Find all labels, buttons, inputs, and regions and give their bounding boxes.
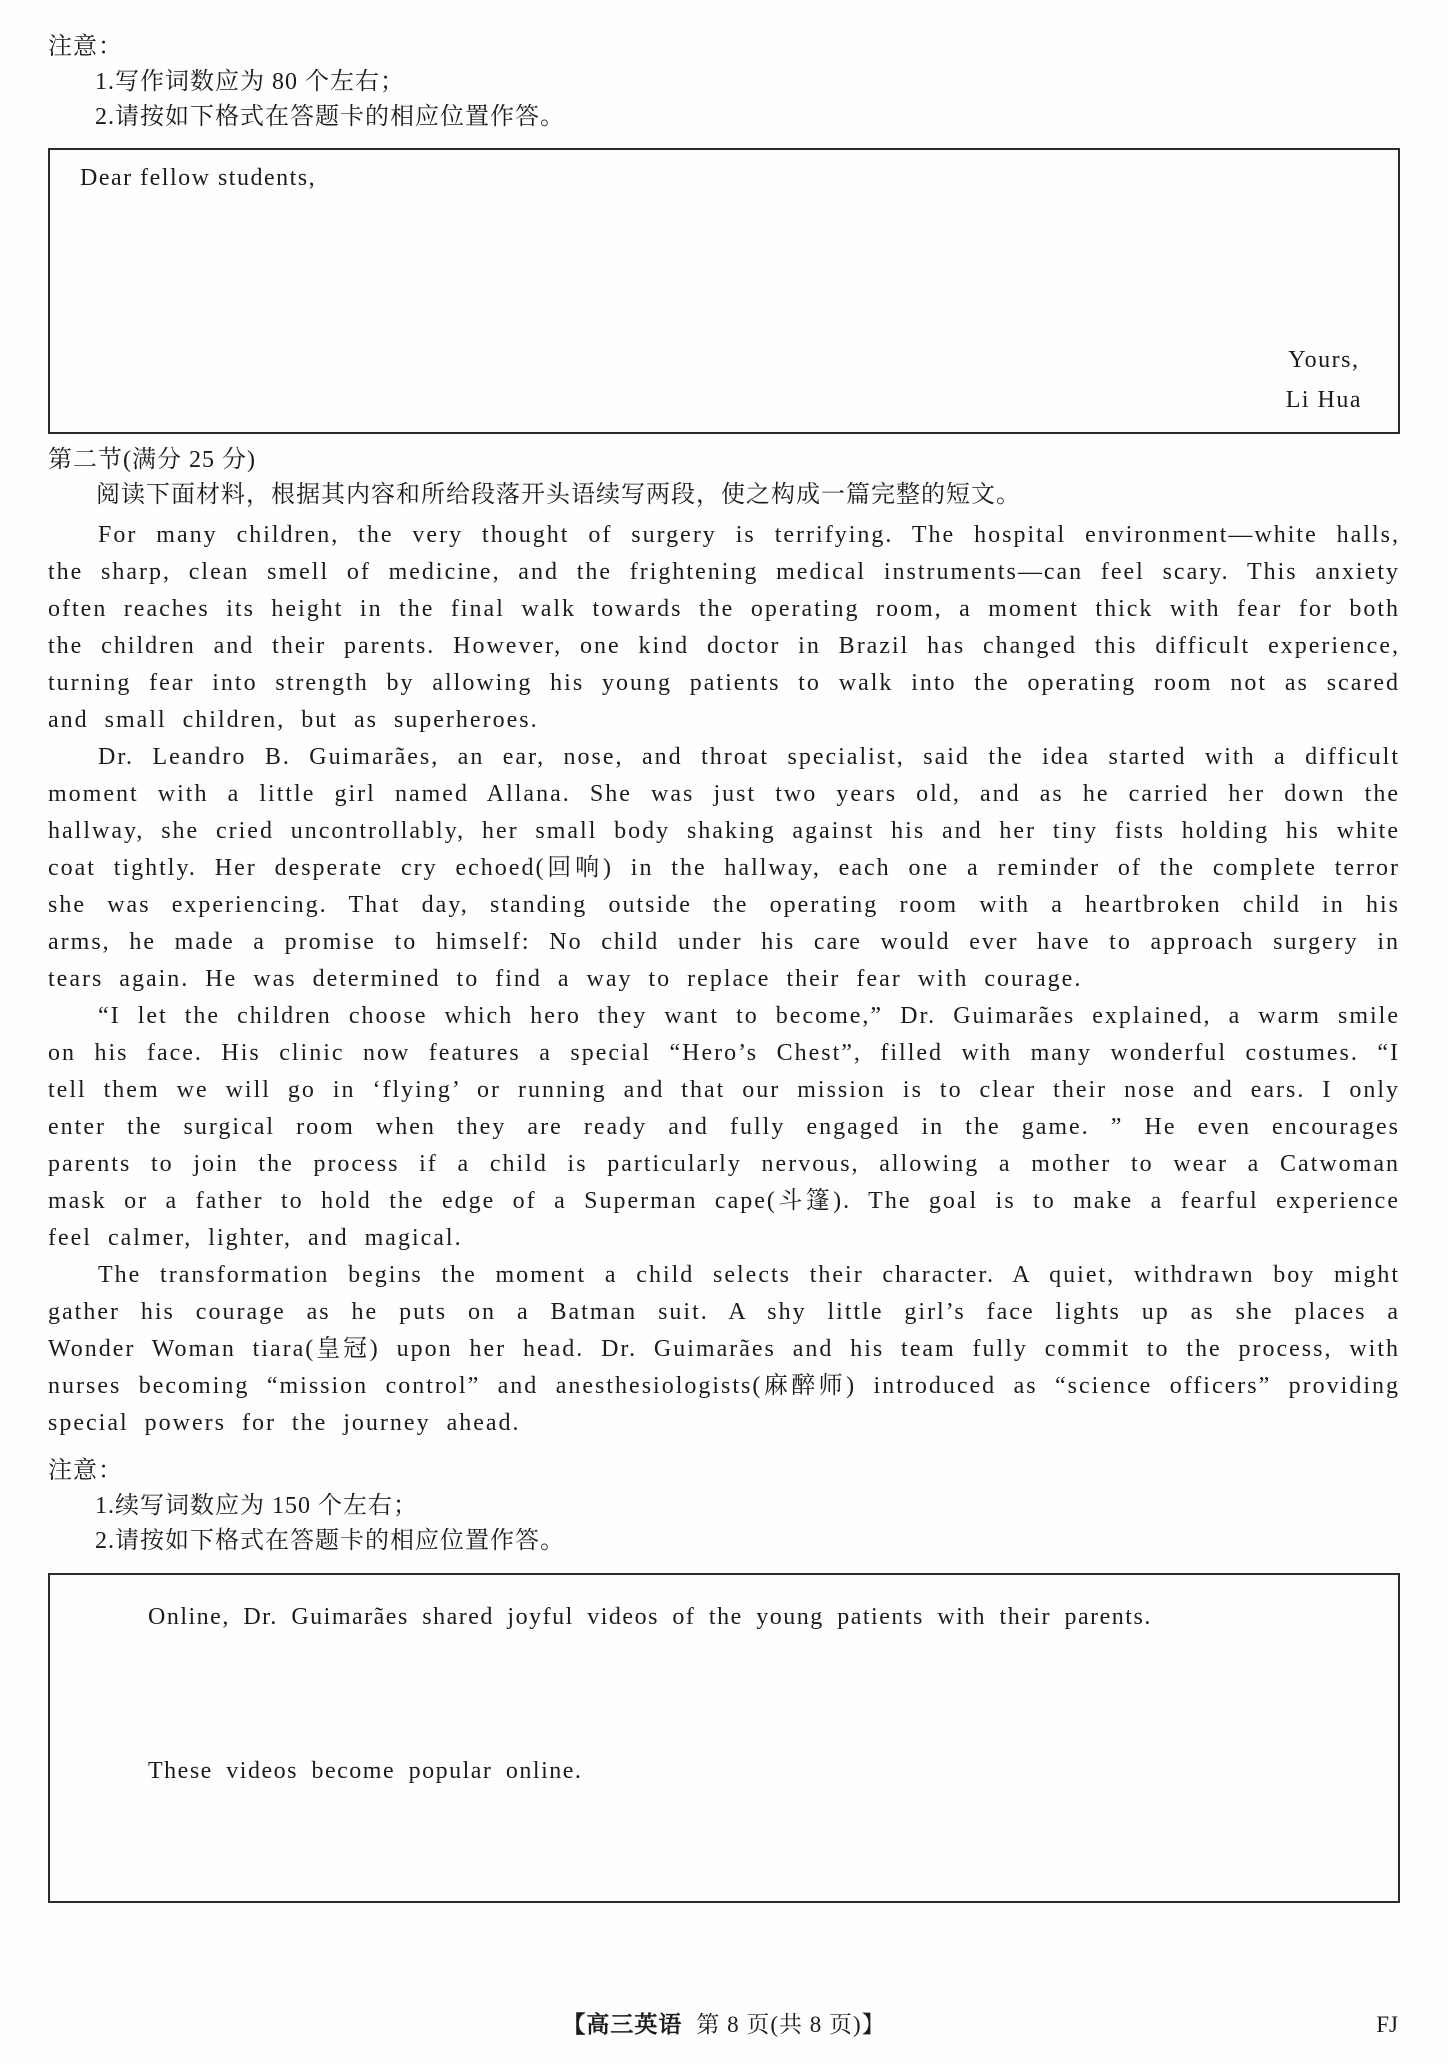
- reading-passage: For many children, the very thought of s…: [48, 517, 1400, 1442]
- letter-salutation: Dear fellow students,: [80, 162, 1368, 194]
- passage-paragraph-3: “I let the children choose which hero th…: [48, 998, 1400, 1257]
- continuation-opening-line-2: These videos become popular online.: [80, 1755, 1368, 1787]
- notice-top-item-2: 2.请按如下格式在答题卡的相应位置作答。: [95, 100, 1400, 135]
- section-2-title: 第二节(满分 25 分): [48, 443, 1400, 478]
- notice-top: 注意： 1.写作词数应为 80 个左右； 2.请按如下格式在答题卡的相应位置作答…: [48, 30, 1400, 135]
- passage-paragraph-2: Dr. Leandro B. Guimarães, an ear, nose, …: [48, 739, 1400, 998]
- passage-paragraph-4: The transformation begins the moment a c…: [48, 1257, 1400, 1442]
- letter-closing: Yours,: [1286, 340, 1362, 380]
- letter-closing-block: Yours, Li Hua: [1286, 340, 1362, 420]
- notice-bottom-item-2: 2.请按如下格式在答题卡的相应位置作答。: [95, 1524, 1400, 1559]
- notice-bottom-item-1: 1.续写词数应为 150 个左右；: [95, 1489, 1400, 1524]
- letter-signature: Li Hua: [1286, 380, 1362, 420]
- page-footer: 【高三英语第 8 页(共 8 页)】 FJ: [48, 2008, 1400, 2042]
- passage-paragraph-1: For many children, the very thought of s…: [48, 517, 1400, 739]
- footer-page-label: 【高三英语第 8 页(共 8 页)】: [48, 2008, 1400, 2042]
- exam-paper-page: 注意： 1.写作词数应为 80 个左右； 2.请按如下格式在答题卡的相应位置作答…: [0, 0, 1448, 2064]
- section-2-instruction: 阅读下面材料，根据其内容和所给段落开头语续写两段，使之构成一篇完整的短文。: [96, 478, 1400, 513]
- footer-exam-name: 【高三英语: [562, 2012, 682, 2037]
- continuation-opening-line-1: Online, Dr. Guimarães shared joyful vide…: [80, 1601, 1368, 1633]
- letter-answer-box: Dear fellow students, Yours, Li Hua: [48, 148, 1400, 434]
- notice-top-item-1: 1.写作词数应为 80 个左右；: [95, 65, 1400, 100]
- continuation-answer-box: Online, Dr. Guimarães shared joyful vide…: [48, 1573, 1400, 1903]
- notice-top-label: 注意：: [48, 30, 1400, 65]
- footer-page-number: 第 8 页(共 8 页)】: [696, 2012, 885, 2037]
- footer-code: FJ: [1376, 2008, 1398, 2042]
- notice-bottom-label: 注意：: [48, 1454, 1400, 1489]
- notice-bottom: 注意： 1.续写词数应为 150 个左右； 2.请按如下格式在答题卡的相应位置作…: [48, 1454, 1400, 1559]
